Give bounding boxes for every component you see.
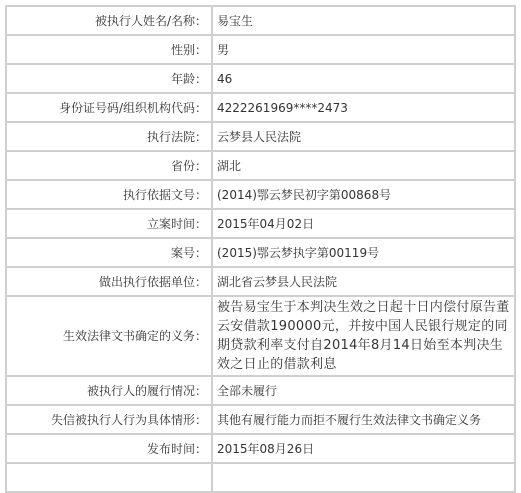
label-gender: 性别：: [6, 35, 212, 64]
value-publish-date: 2015年08月26日: [212, 434, 515, 463]
label-empty: [6, 463, 212, 489]
row-performance-status: 被执行人的履行情况： 全部未履行: [6, 376, 515, 405]
row-case-number: 案号： (2015)鄂云梦执字第00119号: [6, 238, 515, 267]
label-obligation: 生效法律文书确定的义务：: [6, 296, 212, 376]
value-performance-status: 全部未履行: [212, 376, 515, 405]
value-empty: [212, 463, 515, 489]
value-age: 46: [212, 64, 515, 93]
label-case-number: 案号：: [6, 238, 212, 267]
label-id-number: 身份证号码/组织机构代码：: [6, 93, 212, 122]
label-court: 执行法院：: [6, 122, 212, 151]
value-dishonest-behavior: 其他有履行能力而拒不履行生效法律文书确定义务: [212, 405, 515, 434]
label-province: 省份：: [6, 151, 212, 180]
row-publish-date: 发布时间： 2015年08月26日: [6, 434, 515, 463]
row-gender: 性别： 男: [6, 35, 515, 64]
row-dishonest-behavior: 失信被执行人行为具体情形： 其他有履行能力而拒不履行生效法律文书确定义务: [6, 405, 515, 434]
label-filing-date: 立案时间：: [6, 209, 212, 238]
row-age: 年龄： 46: [6, 64, 515, 93]
value-name: 易宝生: [212, 6, 515, 35]
label-dishonest-behavior: 失信被执行人行为具体情形：: [6, 405, 212, 434]
label-issuing-unit: 做出执行依据单位：: [6, 267, 212, 296]
value-gender: 男: [212, 35, 515, 64]
value-court: 云梦县人民法院: [212, 122, 515, 151]
label-basis-doc-number: 执行依据文号：: [6, 180, 212, 209]
row-basis-doc-number: 执行依据文号： (2014)鄂云梦民初字第00868号: [6, 180, 515, 209]
row-court: 执行法院： 云梦县人民法院: [6, 122, 515, 151]
row-filing-date: 立案时间： 2015年04月02日: [6, 209, 515, 238]
row-id-number: 身份证号码/组织机构代码： 4222261969****2473: [6, 93, 515, 122]
value-basis-doc-number: (2014)鄂云梦民初字第00868号: [212, 180, 515, 209]
row-empty: [6, 463, 515, 489]
row-issuing-unit: 做出执行依据单位： 湖北省云梦县人民法院: [6, 267, 515, 296]
row-obligation: 生效法律文书确定的义务： 被告易宝生于本判决生效之日起十日内偿付原告董云安借款1…: [6, 296, 515, 376]
value-province: 湖北: [212, 151, 515, 180]
value-case-number: (2015)鄂云梦执字第00119号: [212, 238, 515, 267]
dishonest-debtor-record: 被执行人姓名/名称： 易宝生 性别： 男 年龄： 46 身份证号码/组织机构代码…: [5, 5, 516, 489]
row-name: 被执行人姓名/名称： 易宝生: [6, 6, 515, 35]
value-obligation: 被告易宝生于本判决生效之日起十日内偿付原告董云安借款190000元，并按中国人民…: [212, 296, 515, 376]
value-id-number: 4222261969****2473: [212, 93, 515, 122]
label-performance-status: 被执行人的履行情况：: [6, 376, 212, 405]
record-table: 被执行人姓名/名称： 易宝生 性别： 男 年龄： 46 身份证号码/组织机构代码…: [5, 5, 516, 489]
row-province: 省份： 湖北: [6, 151, 515, 180]
value-filing-date: 2015年04月02日: [212, 209, 515, 238]
value-issuing-unit: 湖北省云梦县人民法院: [212, 267, 515, 296]
label-age: 年龄：: [6, 64, 212, 93]
label-name: 被执行人姓名/名称：: [6, 6, 212, 35]
label-publish-date: 发布时间：: [6, 434, 212, 463]
